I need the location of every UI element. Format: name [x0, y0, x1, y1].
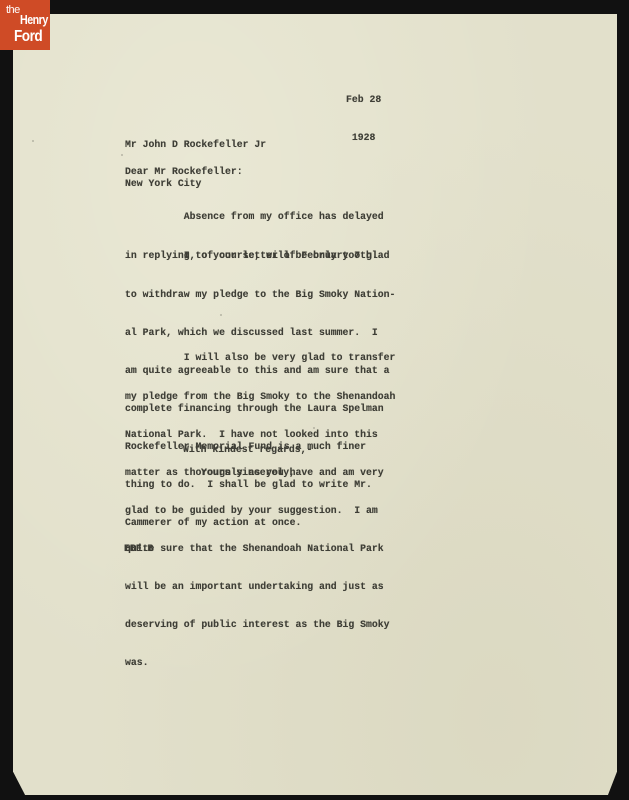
paper-speck: [121, 154, 123, 156]
text-line: I will also be very glad to transfer: [125, 352, 395, 365]
text-line: my pledge from the Big Smoky to the Shen…: [125, 391, 395, 404]
text-line: to withdraw my pledge to the Big Smoky N…: [125, 289, 395, 302]
henry-ford-logo: the Henry Ford: [0, 0, 50, 50]
paragraph-3: I will also be very glad to transfer my …: [125, 327, 395, 683]
text-line: quite sure that the Shenandoah National …: [125, 543, 395, 556]
date-year: 1928: [346, 132, 381, 144]
text-line: I, of course, will be only too glad: [125, 250, 395, 263]
text-line: was.: [125, 657, 395, 670]
text-line: National Park. I have not looked into th…: [125, 429, 395, 442]
logo-the: the: [6, 4, 20, 16]
paper-speck: [32, 140, 34, 142]
letter-date: Feb 28 1928: [346, 69, 381, 157]
date-month-day: Feb 28: [346, 94, 381, 106]
logo-henry: Henry: [20, 13, 48, 27]
text-line: glad to be guided by your suggestion. I …: [125, 505, 395, 518]
text-line: Absence from my office has delayed: [125, 211, 384, 224]
closing: With kindest regards,-: [183, 444, 312, 457]
signoff: Yours sincerely,: [201, 467, 295, 480]
text-line: deserving of public interest as the Big …: [125, 619, 395, 632]
recipient-name: Mr John D Rockefeller Jr: [125, 139, 266, 152]
logo-ford: Ford: [14, 28, 42, 45]
typist-initials: EBF:B: [124, 543, 153, 556]
text-line: will be an important undertaking and jus…: [125, 581, 395, 594]
salutation: Dear Mr Rockefeller:: [125, 166, 243, 179]
